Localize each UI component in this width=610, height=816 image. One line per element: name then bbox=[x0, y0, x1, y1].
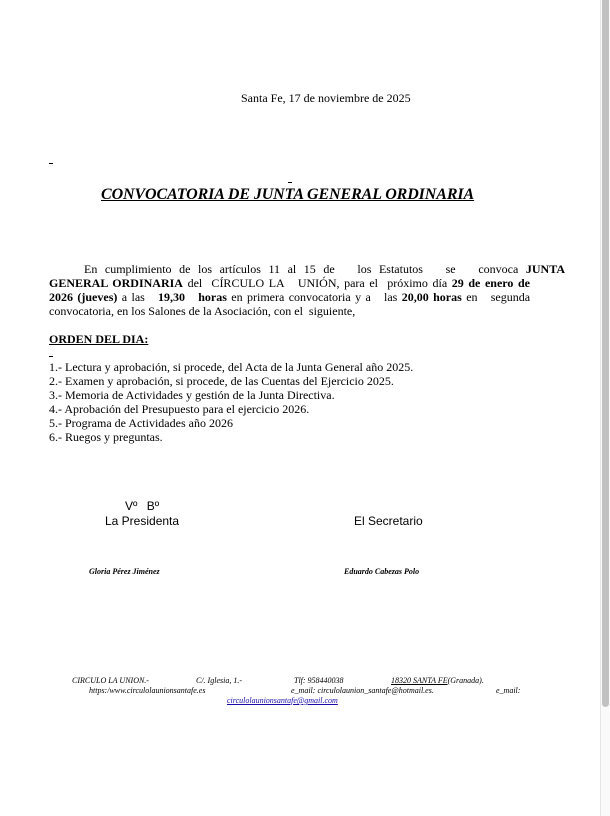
president-role: La Presidenta bbox=[105, 514, 179, 528]
paragraph-line-4: convocatoria, en los Salones de la Asoci… bbox=[49, 304, 530, 318]
footer-email-gmail-link[interactable]: circulolaunionsantafe@gmail.com bbox=[227, 696, 338, 705]
agenda-item: 6.- Ruegos y preguntas. bbox=[49, 430, 413, 444]
document-title: CONVOCATORIA DE JUNTA GENERAL ORDINARIA bbox=[101, 186, 474, 204]
footer-phone: Tlf: 958440038 bbox=[294, 676, 391, 685]
secretary-name: Eduardo Cabezas Polo bbox=[344, 567, 419, 576]
footer-line-1: CIRCULO LA UNION.-C/. Iglesia, 1.-Tlf: 9… bbox=[72, 676, 484, 685]
date-line: Santa Fe, 17 de noviembre de 2025 bbox=[241, 91, 411, 106]
stray-underline-mark bbox=[49, 356, 53, 357]
paragraph-line-3: 2026 (jueves) a las 19,30 horas en prime… bbox=[49, 290, 530, 304]
paragraph-line-1: En cumplimiento de los artículos 11 al 1… bbox=[49, 262, 530, 276]
footer-email-label: e_mail: bbox=[496, 686, 520, 695]
footer-org: CIRCULO LA UNION.- bbox=[72, 676, 196, 685]
agenda-item: 3.- Memoria de Actividades y gestión de … bbox=[49, 388, 413, 402]
stray-underline-mark bbox=[49, 163, 53, 164]
secretary-role: El Secretario bbox=[354, 514, 423, 528]
stray-underline-mark bbox=[288, 182, 292, 183]
footer-address: C/. Iglesia, 1.- bbox=[196, 676, 294, 685]
convocation-paragraph: En cumplimiento de los artículos 11 al 1… bbox=[49, 262, 530, 318]
agenda-item: 4.- Aprobación del Presupuesto para el e… bbox=[49, 402, 413, 416]
footer-postal: 18320 SANTA FE bbox=[391, 676, 448, 685]
paragraph-line-2: GENERAL ORDINARIA del CÍRCULO LA UNIÓN, … bbox=[49, 276, 530, 290]
president-name: Gloria Pérez Jiménez bbox=[89, 567, 160, 576]
orden-del-dia-heading: ORDEN DEL DIA: bbox=[49, 332, 148, 347]
visto-bueno-label: Vº Bº bbox=[125, 499, 159, 513]
footer-province: (Granada). bbox=[448, 676, 484, 685]
document-page: Santa Fe, 17 de noviembre de 2025 CONVOC… bbox=[0, 0, 600, 816]
agenda-item: 2.- Examen y aprobación, si procede, de … bbox=[49, 374, 413, 388]
footer-line-2: https:/www.circulolaunionsantafe.ese_mai… bbox=[89, 686, 520, 695]
vertical-scrollbar-thumb[interactable] bbox=[602, 0, 609, 707]
agenda-item: 5.- Programa de Actividades año 2026 bbox=[49, 416, 413, 430]
agenda-list: 1.- Lectura y aprobación, si procede, de… bbox=[49, 360, 413, 444]
agenda-item: 1.- Lectura y aprobación, si procede, de… bbox=[49, 360, 413, 374]
footer-website: https:/www.circulolaunionsantafe.es bbox=[89, 686, 291, 695]
footer-email-hotmail: e_mail: circulolaunion_santafe@hotmail.e… bbox=[291, 686, 496, 695]
